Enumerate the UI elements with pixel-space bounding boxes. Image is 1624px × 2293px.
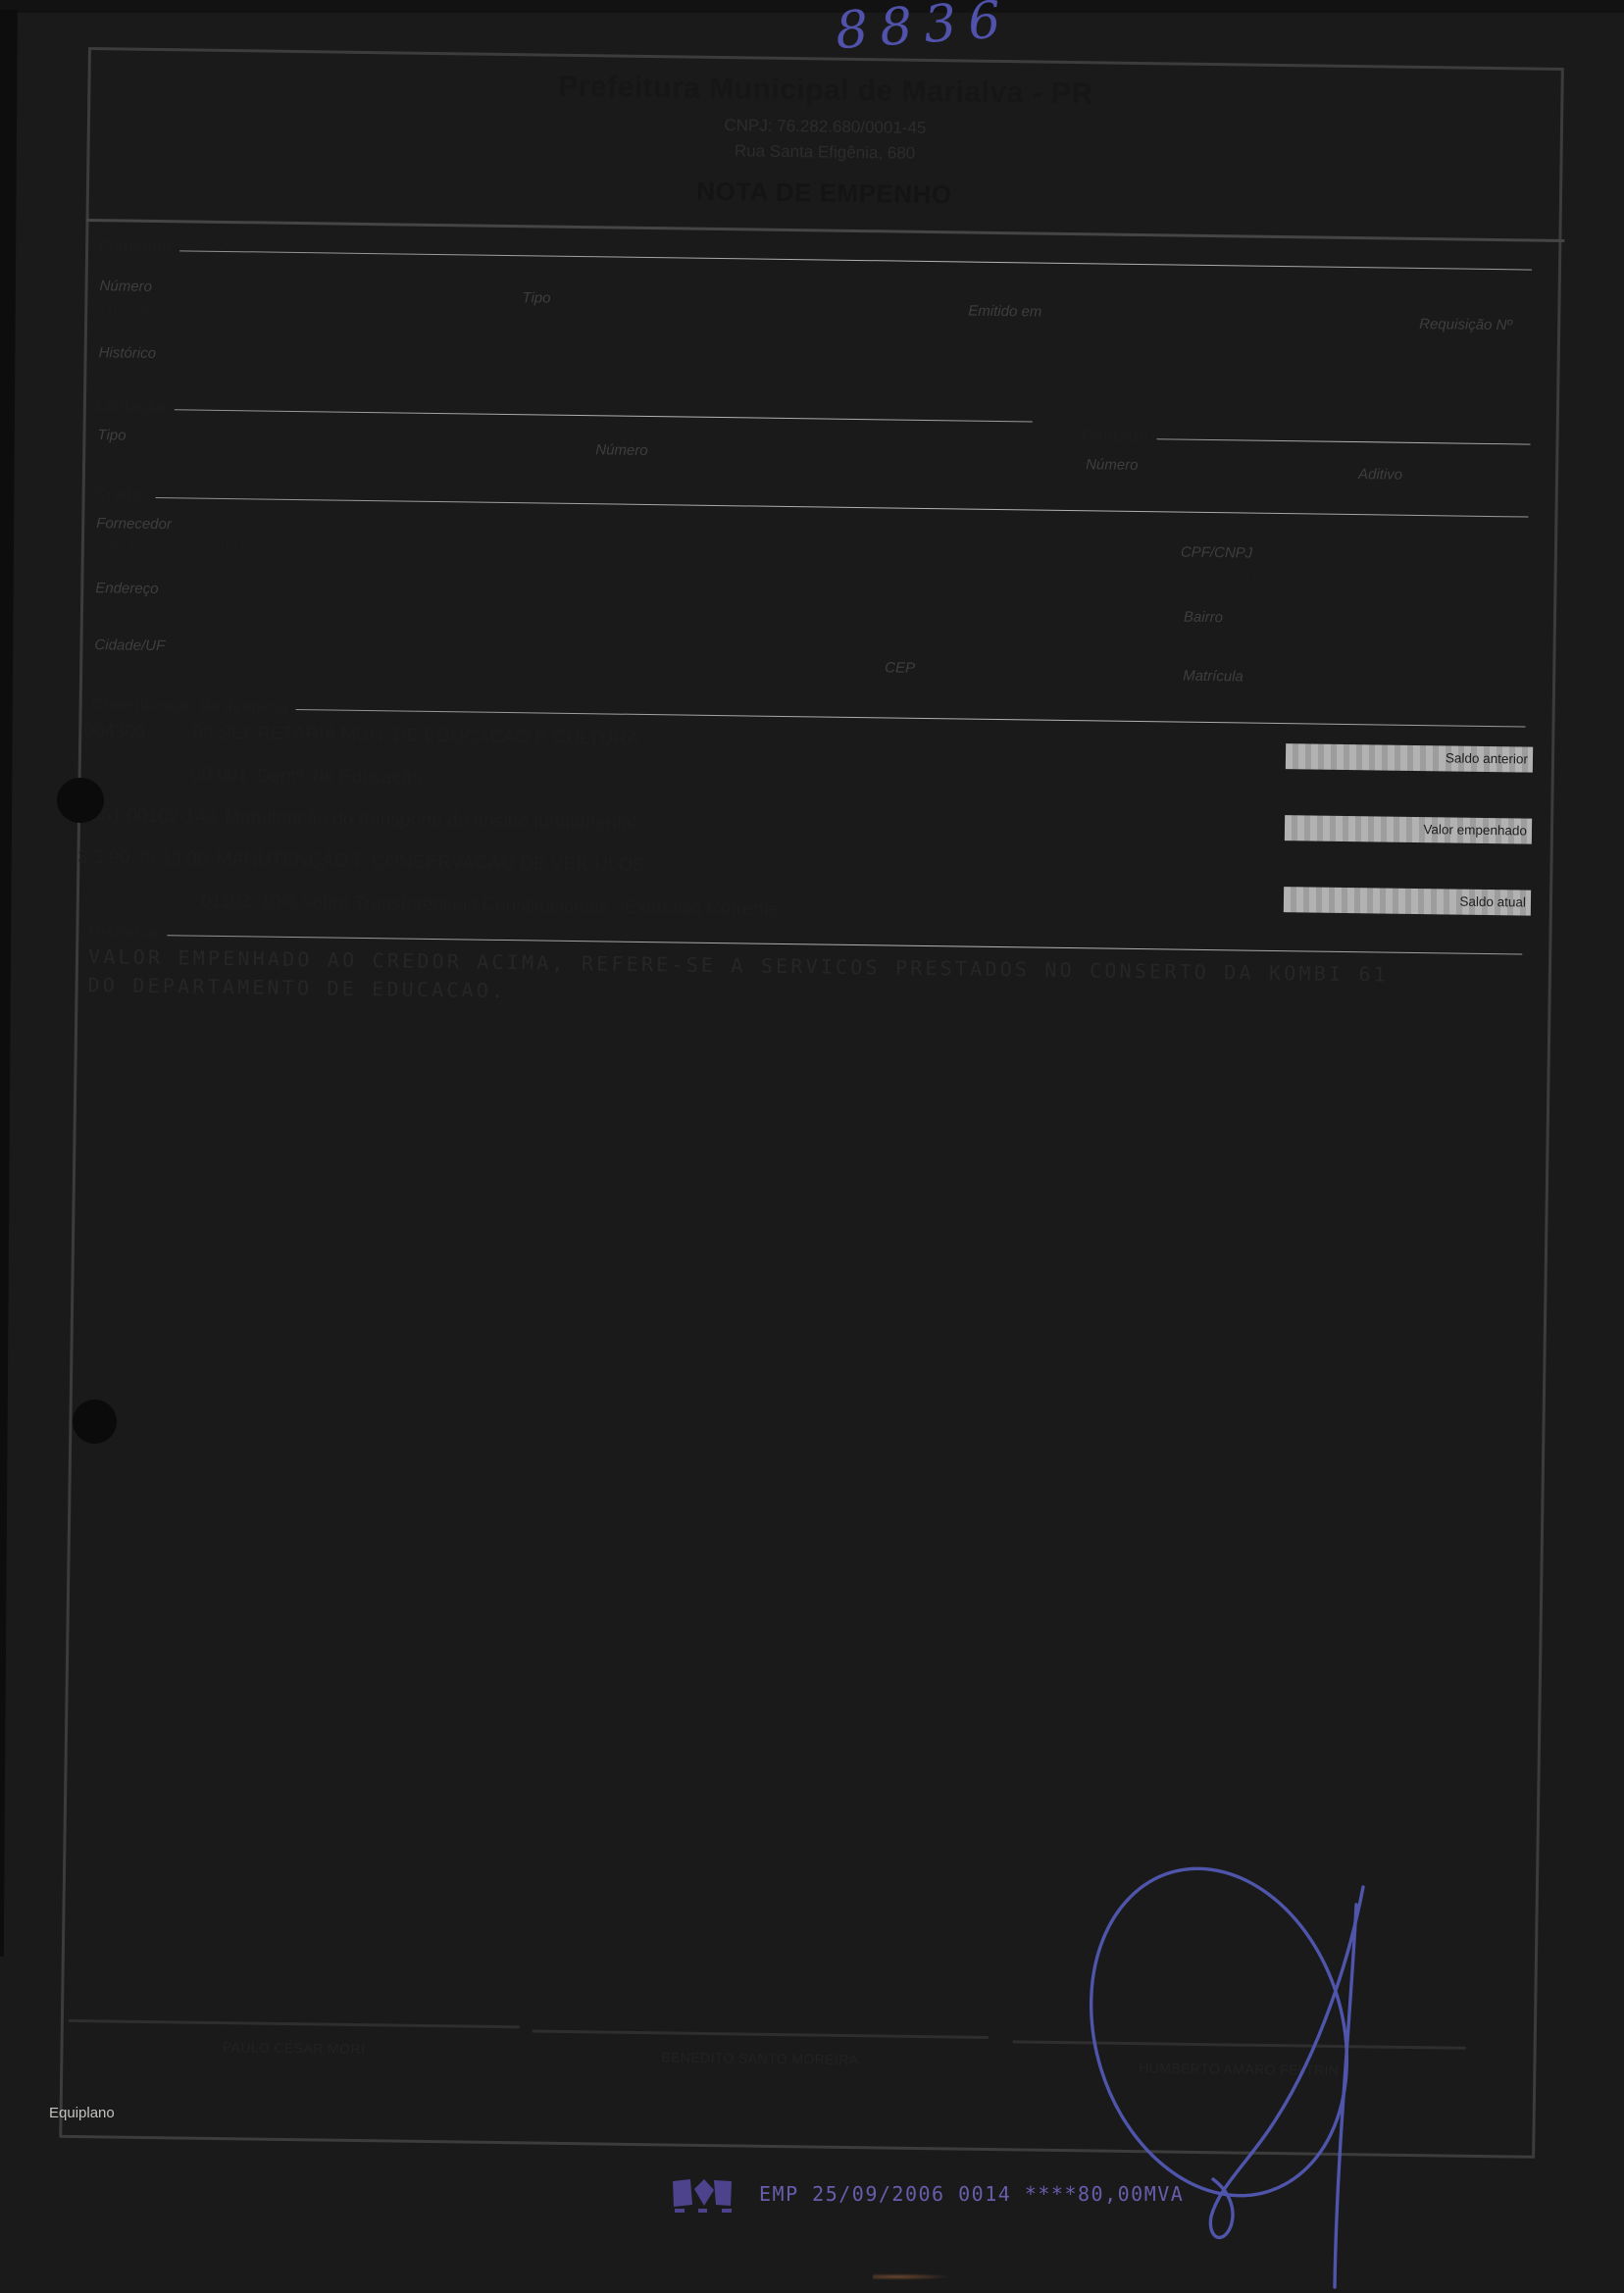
classification-row: 0110310% sobre Transferências Constituci…	[201, 892, 780, 921]
emitido-em: 19/09/2006	[968, 325, 1061, 347]
cpf-cnpj-label: CPF/CNPJ	[1181, 544, 1253, 562]
signature-name: BENEDITO SANTO MOREIRA	[661, 2034, 859, 2067]
watermark-equiplano: Equiplano	[49, 2105, 115, 2121]
section-contrato: Contrato	[1081, 427, 1530, 451]
saldo-atual-value: R$ 38.796,34	[1283, 914, 1530, 942]
contrato-numero-label: Número	[1086, 456, 1139, 474]
saldo-atual-label: Saldo atual	[1459, 894, 1531, 910]
signature-name: PAULO CESAR MORI	[223, 2024, 366, 2057]
matricula: 527-4	[1183, 689, 1231, 712]
empenho-tipo: Ordinário	[522, 311, 598, 333]
fornecedor-label: Fornecedor	[96, 515, 172, 533]
empenho-numero: 008850	[99, 298, 178, 327]
section-historico-label: Histórico	[88, 923, 159, 943]
cidade-label: Cidade/UF	[94, 637, 165, 654]
section-licitacao: Licitação	[96, 397, 1033, 429]
signature-block: BENEDITO SANTO MOREIRA	[532, 2030, 988, 2071]
saldo-anterior-bar: Saldo anterior	[1286, 743, 1533, 773]
scanned-page: 8836 Prefeitura Municipal de Marialva - …	[0, 0, 1624, 2293]
endereco: AV. CRISTOVAO COLOMBO, 2040	[95, 601, 387, 627]
requisicao-label: Requisição Nº	[1419, 316, 1512, 333]
handwritten-number: 8836	[834, 0, 1014, 61]
licitacao-numero-label: Número	[595, 441, 648, 459]
classification-row: 00430009 SECRETARIA MUN. DE EDUCAÇÃO E C…	[83, 721, 639, 750]
valor-empenhado-value: R$ 80,00	[1284, 842, 1531, 873]
valor-empenhado-bar: Valor empenhado	[1285, 815, 1532, 844]
cpf-cnpj: 73.679.169/0001-93	[1180, 566, 1346, 589]
class-code: 3.3.90.39.19.00	[77, 847, 207, 871]
class-desc: 09 SECRETARIA MUN. DE EDUCAÇÃO E CULTURA	[192, 723, 639, 750]
matricula-label: Matrícula	[1183, 668, 1243, 686]
licitacao-tipo-label: Tipo	[97, 427, 126, 443]
header-separator	[86, 219, 1565, 242]
scan-left-edge	[0, 10, 21, 1957]
classification-row: 12.361.00102-143Manutenção do transporte…	[65, 805, 636, 835]
section-classificacao-label: Classificação da despesa	[92, 695, 288, 717]
fornecedor: PAULO H. ISHIDA & CIA. LTDA.	[96, 536, 372, 562]
empenho-historico-label: Histórico	[99, 344, 157, 362]
cep-label: CEP	[885, 659, 915, 676]
section-rule	[156, 497, 1529, 518]
empenho-tipo-label: Tipo	[522, 289, 550, 306]
historico-line-2: DO DEPARTAMENTO DE EDUCACAO.	[87, 973, 506, 1002]
section-rule	[179, 250, 1532, 270]
punch-hole	[73, 1400, 117, 1444]
section-empenho-label: Empenho	[98, 238, 172, 258]
doc-title: NOTA DE EMPENHO	[89, 168, 1559, 219]
empenho-historico: 1 - EMPENHO DA DESPESA	[98, 365, 342, 389]
cep: 86990-000	[885, 681, 974, 703]
cidade-uf: MARIALVA/PR	[94, 660, 217, 684]
signature-scribble	[1064, 1826, 1417, 2293]
endereco-label: Endereço	[95, 580, 158, 597]
saldo-anterior-label: Saldo anterior	[1446, 750, 1533, 766]
section-rule	[174, 409, 1032, 422]
emitido-label: Emitido em	[968, 303, 1041, 321]
class-code: 01103	[201, 892, 252, 914]
saldo-anterior-value: R$ 38.876,34	[1285, 773, 1532, 800]
class-desc: MANUTENÇÃO E CONSERVAÇÃO DE VEÍCULOS	[216, 849, 645, 877]
class-desc: Deptº. de Educação	[257, 765, 423, 789]
section-licitacao-label: Licitação	[96, 397, 167, 417]
stamp-logo-icon	[671, 2175, 734, 2217]
section-rule	[296, 709, 1526, 728]
class-desc: 10% sobre Transferências Constitucionais…	[260, 892, 779, 921]
bairro-label: Bairro	[1184, 609, 1223, 627]
section-credor-label: Credor	[94, 485, 147, 505]
class-desc: Manutenção do transporte do ensino funda…	[225, 807, 636, 835]
scan-smudge	[873, 2273, 951, 2280]
punch-hole	[57, 778, 104, 823]
classification-row: 09.001Deptº. de Educação	[190, 765, 422, 790]
class-code: 09.001	[190, 765, 247, 788]
licitacao-tipo: Sem licitação	[97, 448, 208, 472]
section-contrato-label: Contrato	[1081, 427, 1148, 446]
class-code: 004300	[83, 721, 146, 743]
valor-empenhado-label: Valor empenhado	[1423, 822, 1532, 839]
section-credor: Credor	[94, 485, 1528, 524]
aditivo-label: Aditivo	[1358, 466, 1402, 484]
classification-row: 3.3.90.39.19.00MANUTENÇÃO E CONSERVAÇÃO …	[77, 847, 645, 877]
scan-top-edge	[0, 0, 1624, 13]
signature-block: PAULO CESAR MORI	[68, 2019, 519, 2061]
empenho-numero-label: Número	[99, 278, 152, 295]
saldo-atual-bar: Saldo atual	[1284, 887, 1531, 916]
section-rule	[1156, 438, 1530, 444]
section-empenho: Empenho	[98, 238, 1532, 277]
